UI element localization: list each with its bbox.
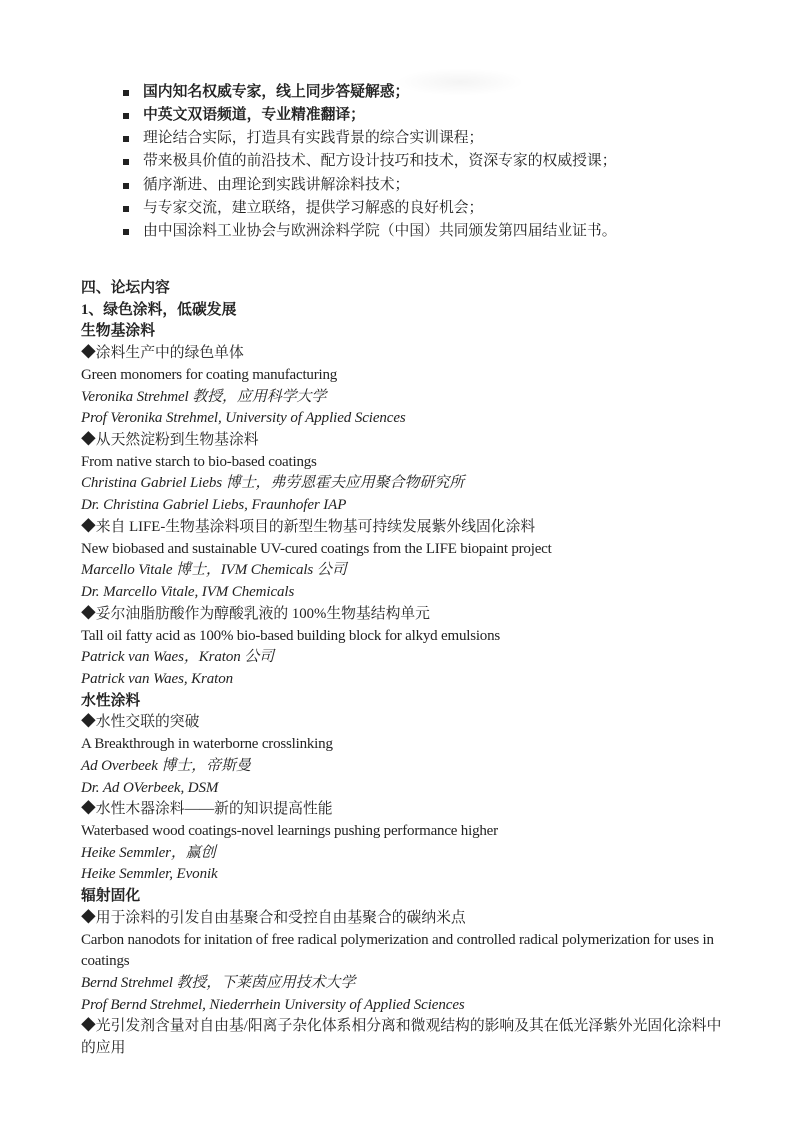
- text-line: Dr. Christina Gabriel Liebs, Fraunhofer …: [81, 495, 741, 517]
- text-line: ◆光引发剂含量对自由基/阳离子杂化体系相分离和微观结构的影响及其在低光泽紫外光固…: [81, 1016, 741, 1038]
- text-line: Prof Veronika Strehmel, University of Ap…: [81, 408, 741, 430]
- square-bullet-icon: [123, 159, 129, 165]
- text-line: ◆来自 LIFE-生物基涂料项目的新型生物基可持续发展紫外线固化涂料: [81, 517, 741, 539]
- bullet-text: 国内知名权威专家，线上同步答疑解惑；: [143, 81, 409, 104]
- text-line: ◆用于涂料的引发自由基聚合和受控自由基聚合的碳纳米点: [81, 908, 741, 930]
- text-line: Marcello Vitale 博士，IVM Chemicals 公司: [81, 560, 741, 582]
- text-line: 的应用: [81, 1038, 741, 1060]
- text-line: Bernd Strehmel 教授，下莱茵应用技术大学: [81, 973, 741, 995]
- document-page: 国内知名权威专家，线上同步答疑解惑； 中英文双语频道，专业精准翻译； 理论结合实…: [0, 0, 800, 1131]
- bullet-text: 与专家交流，建立联络，提供学习解惑的良好机会；: [143, 197, 483, 220]
- text-line: ◆水性交联的突破: [81, 712, 741, 734]
- text-line: ◆妥尔油脂肪酸作为醇酸乳液的 100%生物基结构单元: [81, 604, 741, 626]
- text-line: Dr. Ad OVerbeek, DSM: [81, 778, 741, 800]
- bullet-text: 带来极具价值的前沿技术、配方设计技巧和技术，资深专家的权威授课；: [143, 150, 617, 173]
- text-line: Patrick van Waes，Kraton 公司: [81, 647, 741, 669]
- bullet-text: 中英文双语频道，专业精准翻译；: [143, 104, 365, 127]
- text-line: Prof Bernd Strehmel, Niederrhein Univers…: [81, 995, 741, 1017]
- text-line: Veronika Strehmel 教授，应用科学大学: [81, 387, 741, 409]
- text-line: Waterbased wood coatings-novel learnings…: [81, 821, 741, 843]
- square-bullet-icon: [123, 113, 129, 119]
- text-line: ◆水性木器涂料——新的知识提高性能: [81, 799, 741, 821]
- section-heading: 1、绿色涂料，低碳发展: [81, 300, 741, 322]
- text-line: Christina Gabriel Liebs 博士，弗劳恩霍夫应用聚合物研究所: [81, 473, 741, 495]
- bullet-text: 理论结合实际，打造具有实践背景的综合实训课程；: [143, 127, 483, 150]
- square-bullet-icon: [123, 206, 129, 212]
- bullet-text: 由中国涂料工业协会与欧洲涂料学院（中国）共同颁发第四届结业证书。: [143, 220, 617, 243]
- text-line: Green monomers for coating manufacturing: [81, 365, 741, 387]
- text-line: New biobased and sustainable UV-cured co…: [81, 539, 741, 561]
- text-line: Carbon nanodots for initation of free ra…: [81, 930, 741, 952]
- bullet-item: 国内知名权威专家，线上同步答疑解惑；: [123, 81, 617, 104]
- bullet-item: 与专家交流，建立联络，提供学习解惑的良好机会；: [123, 197, 617, 220]
- text-line: Heike Semmler, Evonik: [81, 864, 741, 886]
- section-heading: 辐射固化: [81, 886, 741, 908]
- bullet-text: 循序渐进、由理论到实践讲解涂料技术；: [143, 174, 409, 197]
- bullet-item: 中英文双语频道，专业精准翻译；: [123, 104, 617, 127]
- text-line: ◆从天然淀粉到生物基涂料: [81, 430, 741, 452]
- square-bullet-icon: [123, 229, 129, 235]
- square-bullet-icon: [123, 136, 129, 142]
- section-heading: 四、论坛内容: [81, 278, 741, 300]
- section-heading: 生物基涂料: [81, 321, 741, 343]
- bullet-item: 由中国涂料工业协会与欧洲涂料学院（中国）共同颁发第四届结业证书。: [123, 220, 617, 243]
- text-line: Patrick van Waes, Kraton: [81, 669, 741, 691]
- text-line: coatings: [81, 951, 741, 973]
- text-line: From native starch to bio-based coatings: [81, 452, 741, 474]
- bullet-item: 带来极具价值的前沿技术、配方设计技巧和技术，资深专家的权威授课；: [123, 150, 617, 173]
- forum-content: 四、论坛内容 1、绿色涂料，低碳发展 生物基涂料 ◆涂料生产中的绿色单体 Gre…: [81, 278, 741, 1060]
- bullet-item: 循序渐进、由理论到实践讲解涂料技术；: [123, 174, 617, 197]
- square-bullet-icon: [123, 90, 129, 96]
- text-line: Tall oil fatty acid as 100% bio-based bu…: [81, 626, 741, 648]
- text-line: Heike Semmler，赢创: [81, 843, 741, 865]
- text-line: ◆涂料生产中的绿色单体: [81, 343, 741, 365]
- section-heading: 水性涂料: [81, 691, 741, 713]
- square-bullet-icon: [123, 183, 129, 189]
- bullet-item: 理论结合实际，打造具有实践背景的综合实训课程；: [123, 127, 617, 150]
- text-line: Ad Overbeek 博士，帝斯曼: [81, 756, 741, 778]
- text-line: Dr. Marcello Vitale, IVM Chemicals: [81, 582, 741, 604]
- highlight-bullet-list: 国内知名权威专家，线上同步答疑解惑； 中英文双语频道，专业精准翻译； 理论结合实…: [123, 81, 617, 243]
- text-line: A Breakthrough in waterborne crosslinkin…: [81, 734, 741, 756]
